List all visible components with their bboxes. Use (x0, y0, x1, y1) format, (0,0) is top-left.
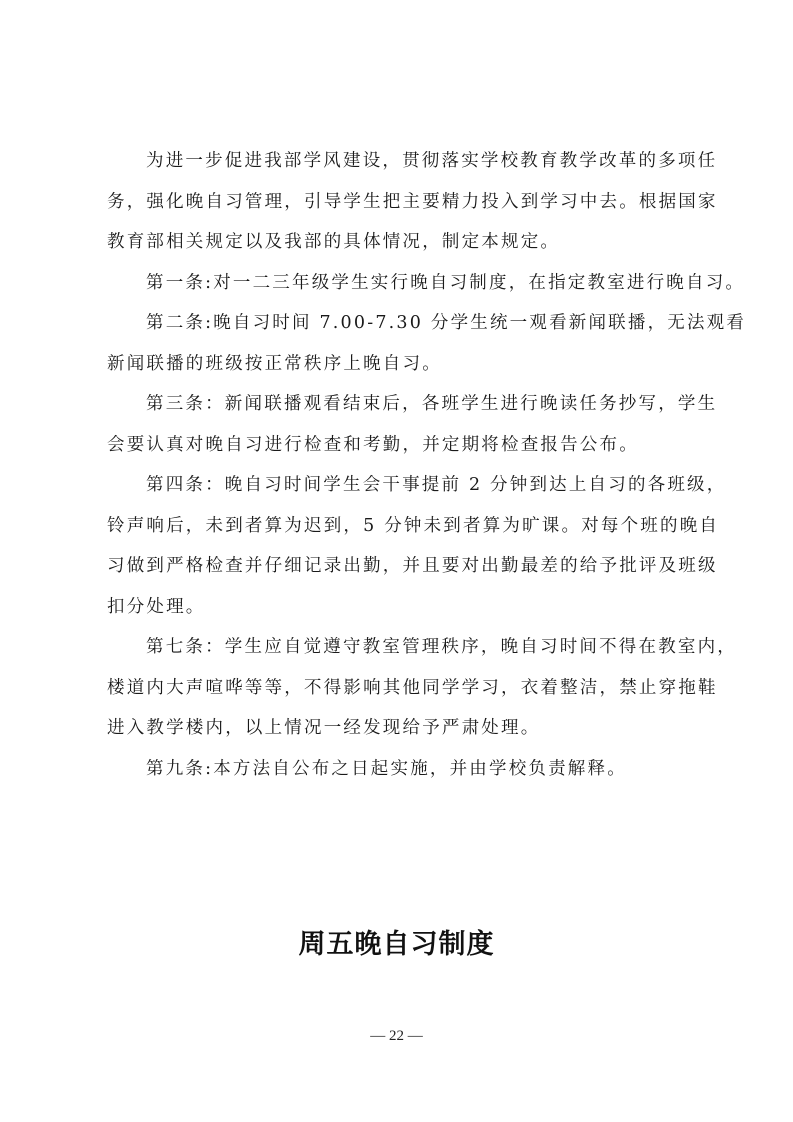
article-4-line-4: 扣分处理。 (107, 587, 707, 628)
paragraph-intro-line-3: 教育部相关规定以及我部的具体情况，制定本规定。 (107, 222, 707, 263)
page-number: — 22 — (0, 1028, 793, 1045)
article-4-line-2: 铃声响后，未到者算为迟到，5 分钟未到者算为旷课。对每个班的晚自 (107, 506, 707, 547)
article-7-line-1: 第七条：学生应自觉遵守教室管理秩序，晚自习时间不得在教室内， (107, 627, 707, 668)
article-4-line-1: 第四条：晚自习时间学生会干事提前 2 分钟到达上自习的各班级， (107, 465, 707, 506)
article-3-line-1: 第三条：新闻联播观看结束后，各班学生进行晚读任务抄写，学生 (107, 384, 707, 425)
section-title: 周五晚自习制度 (0, 922, 793, 961)
article-2-line-1: 第二条:晚自习时间 7.00-7.30 分学生统一观看新闻联播，无法观看 (107, 303, 707, 344)
article-3-line-2: 会要认真对晚自习进行检查和考勤，并定期将检查报告公布。 (107, 425, 707, 466)
document-page: 为进一步促进我部学风建设，贯彻落实学校教育教学改革的多项任 务，强化晚自习管理，… (0, 0, 793, 1122)
paragraph-intro-line-1: 为进一步促进我部学风建设，贯彻落实学校教育教学改革的多项任 (107, 141, 707, 182)
article-2-line-2: 新闻联播的班级按正常秩序上晚自习。 (107, 344, 707, 385)
article-7-line-2: 楼道内大声喧哗等等，不得影响其他同学学习，衣着整洁，禁止穿拖鞋 (107, 668, 707, 709)
article-1-line-1: 第一条:对一二三年级学生实行晚自习制度，在指定教室进行晚自习。 (107, 263, 707, 304)
body-text: 为进一步促进我部学风建设，贯彻落实学校教育教学改革的多项任 务，强化晚自习管理，… (107, 141, 707, 789)
article-7-line-3: 进入教学楼内，以上情况一经发现给予严肃处理。 (107, 708, 707, 749)
paragraph-intro-line-2: 务，强化晚自习管理，引导学生把主要精力投入到学习中去。根据国家 (107, 182, 707, 223)
article-4-line-3: 习做到严格检查并仔细记录出勤，并且要对出勤最差的给予批评及班级 (107, 546, 707, 587)
article-9-line-1: 第九条:本方法自公布之日起实施，并由学校负责解释。 (107, 749, 707, 790)
